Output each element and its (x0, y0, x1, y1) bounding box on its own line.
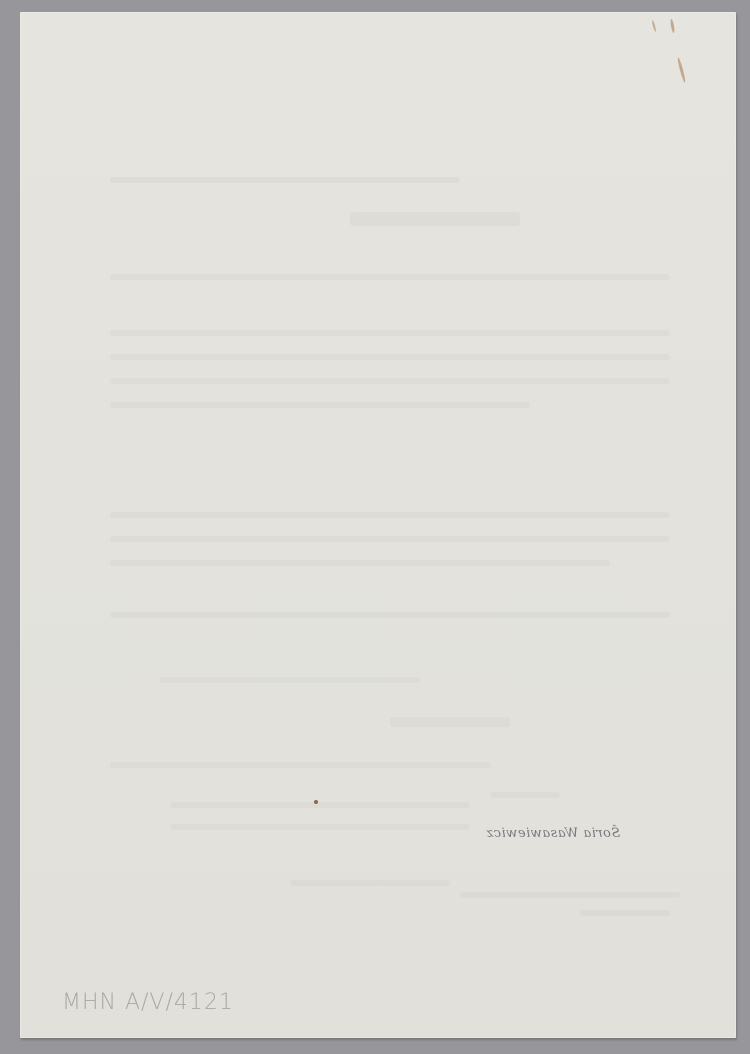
show-through-line (160, 677, 420, 683)
show-through-line (110, 330, 670, 336)
show-through-line (170, 824, 470, 830)
show-through-line (110, 378, 670, 384)
show-through-line (110, 274, 670, 280)
show-through-line (580, 910, 670, 916)
stain-mark (651, 20, 656, 32)
show-through-line (490, 792, 560, 798)
handwritten-signature: Ŝoria Wasawiewicz (486, 826, 620, 841)
show-through-line (110, 762, 490, 768)
show-through-line (110, 354, 670, 360)
ink-speck (314, 800, 318, 804)
show-through-line (460, 892, 680, 898)
archive-inventory-number: MHN A/V/4121 (62, 990, 234, 1015)
show-through-line (110, 536, 670, 542)
show-through-line (110, 177, 460, 183)
show-through-line (110, 612, 670, 618)
stain-mark (677, 57, 687, 83)
document-page (20, 12, 736, 1038)
show-through-line (170, 802, 470, 808)
show-through-line (110, 512, 670, 518)
show-through-line (110, 560, 610, 566)
show-through-line (350, 212, 520, 226)
show-through-line (110, 402, 530, 408)
stain-mark (670, 19, 675, 33)
show-through-line (390, 717, 510, 727)
show-through-line (290, 880, 450, 886)
